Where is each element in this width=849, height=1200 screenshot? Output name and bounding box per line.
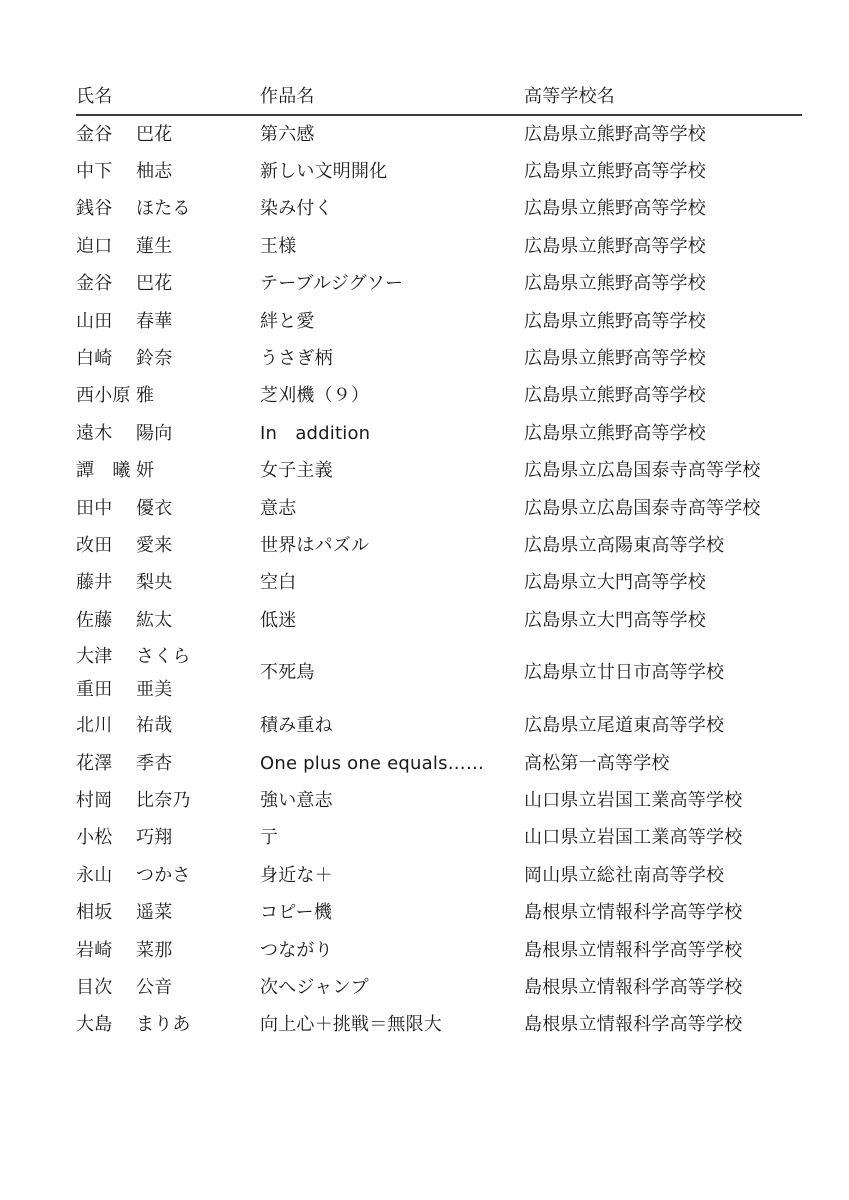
given-name: 祐哉 xyxy=(136,717,172,735)
work-title: コピー機 xyxy=(260,904,524,922)
given-name: さくら xyxy=(136,648,191,666)
entrant-name: 目次公音 xyxy=(76,971,260,1004)
work-title: In addition xyxy=(260,425,524,443)
table-row: 北川祐哉積み重ね広島県立尾道東高等学校 xyxy=(76,707,802,744)
family-name: 重田 xyxy=(76,681,136,699)
given-name: 公音 xyxy=(136,979,172,997)
school-name: 広島県立熊野高等学校 xyxy=(524,275,802,293)
table-body: 金谷巴花第六感広島県立熊野高等学校中下柚志新しい文明開化広島県立熊野高等学校銭谷… xyxy=(76,116,802,1044)
table-row: 改田愛来世界はパズル広島県立高陽東高等学校 xyxy=(76,527,802,564)
header-school: 高等学校名 xyxy=(524,88,802,106)
entrant-name: 西小原雅 xyxy=(76,380,260,413)
entrant-name: 銭谷ほたる xyxy=(76,193,260,226)
entrant-names: 北川祐哉 xyxy=(76,710,260,743)
family-name: 藤井 xyxy=(76,574,136,592)
entrant-names: 花澤季杏 xyxy=(76,747,260,780)
school-name: 高松第一高等学校 xyxy=(524,755,802,773)
work-title: 王様 xyxy=(260,238,524,256)
family-name: 相坂 xyxy=(76,904,136,922)
family-name: 改田 xyxy=(76,537,136,555)
given-name: 優衣 xyxy=(136,500,172,518)
school-name: 広島県立広島国泰寺高等学校 xyxy=(524,500,802,518)
entrant-names: 西小原雅 xyxy=(76,380,260,413)
given-name: 巧翔 xyxy=(136,829,172,847)
work-title: テーブルジグソー xyxy=(260,275,524,293)
family-name: 西小原 xyxy=(76,387,136,405)
family-name: 遠木 xyxy=(76,425,136,443)
given-name: 妍 xyxy=(136,462,154,480)
table-row: 中下柚志新しい文明開化広島県立熊野高等学校 xyxy=(76,153,802,190)
entrant-name: 大津さくら xyxy=(76,640,260,673)
entrant-names: 譚 曦妍 xyxy=(76,455,260,488)
entrant-name: 遠木陽向 xyxy=(76,417,260,450)
given-name: 愛来 xyxy=(136,537,172,555)
given-name: 鈴奈 xyxy=(136,350,172,368)
given-name: まりあ xyxy=(136,1016,191,1034)
work-title: 身近な＋ xyxy=(260,867,524,885)
school-name: 広島県立熊野高等学校 xyxy=(524,350,802,368)
entrant-names: 永山つかさ xyxy=(76,859,260,892)
school-name: 広島県立熊野高等学校 xyxy=(524,387,802,405)
school-name: 広島県立広島国泰寺高等学校 xyxy=(524,462,802,480)
header-name: 氏名 xyxy=(76,88,260,106)
school-name: 広島県立大門高等学校 xyxy=(524,574,802,592)
entrant-name: 永山つかさ xyxy=(76,859,260,892)
family-name: 白崎 xyxy=(76,350,136,368)
work-title: 低迷 xyxy=(260,612,524,630)
work-title: 芝刈機（９） xyxy=(260,387,524,405)
family-name: 中下 xyxy=(76,163,136,181)
work-title: 積み重ね xyxy=(260,717,524,735)
work-title: 絆と愛 xyxy=(260,313,524,331)
table-header: 氏名 作品名 高等学校名 xyxy=(76,80,802,116)
entrant-names: 田中優衣 xyxy=(76,492,260,525)
work-title: 向上心＋挑戦＝無限大 xyxy=(260,1016,524,1034)
table-row: 金谷巴花テーブルジグソー広島県立熊野高等学校 xyxy=(76,266,802,303)
table-row: 大島まりあ向上心＋挑戦＝無限大島根県立情報科学高等学校 xyxy=(76,1007,802,1044)
entrant-names: 村岡比奈乃 xyxy=(76,784,260,817)
entrant-name: 岩崎菜那 xyxy=(76,934,260,967)
entrant-names: 金谷巴花 xyxy=(76,118,260,151)
family-name: 銭谷 xyxy=(76,200,136,218)
entrant-names: 小松巧翔 xyxy=(76,822,260,855)
family-name: 花澤 xyxy=(76,755,136,773)
family-name: 田中 xyxy=(76,500,136,518)
school-name: 広島県立熊野高等学校 xyxy=(524,200,802,218)
table-row: 大津さくら重田亜美不死鳥広島県立廿日市高等学校 xyxy=(76,639,802,707)
work-title: 空白 xyxy=(260,574,524,592)
given-name: 春華 xyxy=(136,313,172,331)
given-name: 巴花 xyxy=(136,126,172,144)
table-row: 佐藤紘太低迷広島県立大門高等学校 xyxy=(76,602,802,639)
work-title: 世界はパズル xyxy=(260,537,524,555)
work-title: うさぎ柄 xyxy=(260,350,524,368)
header-work: 作品名 xyxy=(260,88,524,106)
entrant-names: 岩崎菜那 xyxy=(76,934,260,967)
entrant-name: 北川祐哉 xyxy=(76,710,260,743)
entrant-name: 譚 曦妍 xyxy=(76,455,260,488)
entrant-name: 花澤季杏 xyxy=(76,747,260,780)
family-name: 大津 xyxy=(76,648,136,666)
school-name: 広島県立尾道東高等学校 xyxy=(524,717,802,735)
entrant-name: 山田春華 xyxy=(76,305,260,338)
entrant-name: 金谷巴花 xyxy=(76,268,260,301)
work-title: One plus one equals…… xyxy=(260,755,524,773)
family-name: 目次 xyxy=(76,979,136,997)
given-name: 巴花 xyxy=(136,275,172,293)
table-row: 花澤季杏One plus one equals……高松第一高等学校 xyxy=(76,745,802,782)
entrant-names: 改田愛来 xyxy=(76,529,260,562)
school-name: 島根県立情報科学高等学校 xyxy=(524,904,802,922)
given-name: つかさ xyxy=(136,867,191,885)
family-name: 迫口 xyxy=(76,238,136,256)
entrant-name: 迫口蓮生 xyxy=(76,230,260,263)
table-row: 迫口蓮生王様広島県立熊野高等学校 xyxy=(76,228,802,265)
entrant-names: 迫口蓮生 xyxy=(76,230,260,263)
family-name: 小松 xyxy=(76,829,136,847)
school-name: 広島県立大門高等学校 xyxy=(524,612,802,630)
entrant-name: 重田亜美 xyxy=(76,673,260,706)
family-name: 山田 xyxy=(76,313,136,331)
entrant-name: 中下柚志 xyxy=(76,156,260,189)
family-name: 大島 xyxy=(76,1016,136,1034)
given-name: ほたる xyxy=(136,200,191,218)
given-name: 柚志 xyxy=(136,163,172,181)
family-name: 譚 曦 xyxy=(76,462,136,480)
table-row: 藤井梨央空白広島県立大門高等学校 xyxy=(76,565,802,602)
school-name: 山口県立岩国工業高等学校 xyxy=(524,829,802,847)
work-title: 亍 xyxy=(260,829,524,847)
given-name: 遥菜 xyxy=(136,904,172,922)
given-name: 亜美 xyxy=(136,681,172,699)
table-row: 相坂遥菜コピー機島根県立情報科学高等学校 xyxy=(76,894,802,931)
entrant-name: 藤井梨央 xyxy=(76,567,260,600)
work-title: 第六感 xyxy=(260,126,524,144)
family-name: 岩崎 xyxy=(76,942,136,960)
work-title: つながり xyxy=(260,942,524,960)
family-name: 北川 xyxy=(76,717,136,735)
given-name: 紘太 xyxy=(136,612,172,630)
table-row: 田中優衣意志広島県立広島国泰寺高等学校 xyxy=(76,490,802,527)
entrant-names: 大津さくら重田亜美 xyxy=(76,640,260,706)
family-name: 金谷 xyxy=(76,275,136,293)
entrant-name: 田中優衣 xyxy=(76,492,260,525)
school-name: 広島県立熊野高等学校 xyxy=(524,163,802,181)
entrant-name: 佐藤紘太 xyxy=(76,604,260,637)
given-name: 菜那 xyxy=(136,942,172,960)
given-name: 蓮生 xyxy=(136,238,172,256)
entrant-names: 中下柚志 xyxy=(76,156,260,189)
table-row: 岩崎菜那つながり島根県立情報科学高等学校 xyxy=(76,932,802,969)
given-name: 梨央 xyxy=(136,574,172,592)
work-title: 次へジャンプ xyxy=(260,979,524,997)
table-row: 村岡比奈乃強い意志山口県立岩国工業高等学校 xyxy=(76,782,802,819)
school-name: 広島県立高陽東高等学校 xyxy=(524,537,802,555)
table-row: 小松巧翔亍山口県立岩国工業高等学校 xyxy=(76,820,802,857)
entries-table: 氏名 作品名 高等学校名 金谷巴花第六感広島県立熊野高等学校中下柚志新しい文明開… xyxy=(76,80,802,1044)
given-name: 季杏 xyxy=(136,755,172,773)
table-row: 金谷巴花第六感広島県立熊野高等学校 xyxy=(76,116,802,153)
family-name: 佐藤 xyxy=(76,612,136,630)
school-name: 島根県立情報科学高等学校 xyxy=(524,942,802,960)
entrant-name: 白崎鈴奈 xyxy=(76,343,260,376)
entrant-name: 大島まりあ xyxy=(76,1009,260,1042)
table-row: 譚 曦妍女子主義広島県立広島国泰寺高等学校 xyxy=(76,453,802,490)
given-name: 雅 xyxy=(136,387,154,405)
work-title: 新しい文明開化 xyxy=(260,163,524,181)
family-name: 永山 xyxy=(76,867,136,885)
work-title: 意志 xyxy=(260,500,524,518)
entrant-name: 金谷巴花 xyxy=(76,118,260,151)
given-name: 比奈乃 xyxy=(136,792,191,810)
work-title: 不死鳥 xyxy=(260,664,524,682)
entrant-names: 大島まりあ xyxy=(76,1009,260,1042)
document-page: 氏名 作品名 高等学校名 金谷巴花第六感広島県立熊野高等学校中下柚志新しい文明開… xyxy=(0,0,849,1200)
given-name: 陽向 xyxy=(136,425,172,443)
table-row: 西小原雅芝刈機（９）広島県立熊野高等学校 xyxy=(76,378,802,415)
entrant-names: 銭谷ほたる xyxy=(76,193,260,226)
entrant-names: 藤井梨央 xyxy=(76,567,260,600)
table-row: 遠木陽向In addition広島県立熊野高等学校 xyxy=(76,415,802,452)
school-name: 広島県立熊野高等学校 xyxy=(524,238,802,256)
work-title: 染み付く xyxy=(260,200,524,218)
table-row: 銭谷ほたる染み付く広島県立熊野高等学校 xyxy=(76,191,802,228)
school-name: 島根県立情報科学高等学校 xyxy=(524,1016,802,1034)
entrant-name: 村岡比奈乃 xyxy=(76,784,260,817)
table-row: 目次公音次へジャンプ島根県立情報科学高等学校 xyxy=(76,969,802,1006)
entrant-names: 山田春華 xyxy=(76,305,260,338)
family-name: 村岡 xyxy=(76,792,136,810)
entrant-name: 相坂遥菜 xyxy=(76,897,260,930)
school-name: 広島県立廿日市高等学校 xyxy=(524,664,802,682)
family-name: 金谷 xyxy=(76,126,136,144)
entrant-names: 佐藤紘太 xyxy=(76,604,260,637)
table-row: 永山つかさ身近な＋岡山県立総社南高等学校 xyxy=(76,857,802,894)
school-name: 岡山県立総社南高等学校 xyxy=(524,867,802,885)
entrant-names: 遠木陽向 xyxy=(76,417,260,450)
school-name: 広島県立熊野高等学校 xyxy=(524,425,802,443)
school-name: 広島県立熊野高等学校 xyxy=(524,313,802,331)
work-title: 女子主義 xyxy=(260,462,524,480)
entrant-name: 改田愛来 xyxy=(76,529,260,562)
entrant-name: 小松巧翔 xyxy=(76,822,260,855)
entrant-names: 白崎鈴奈 xyxy=(76,343,260,376)
school-name: 島根県立情報科学高等学校 xyxy=(524,979,802,997)
entrant-names: 相坂遥菜 xyxy=(76,897,260,930)
school-name: 山口県立岩国工業高等学校 xyxy=(524,792,802,810)
school-name: 広島県立熊野高等学校 xyxy=(524,126,802,144)
work-title: 強い意志 xyxy=(260,792,524,810)
table-row: 白崎鈴奈うさぎ柄広島県立熊野高等学校 xyxy=(76,340,802,377)
entrant-names: 金谷巴花 xyxy=(76,268,260,301)
table-row: 山田春華絆と愛広島県立熊野高等学校 xyxy=(76,303,802,340)
entrant-names: 目次公音 xyxy=(76,971,260,1004)
